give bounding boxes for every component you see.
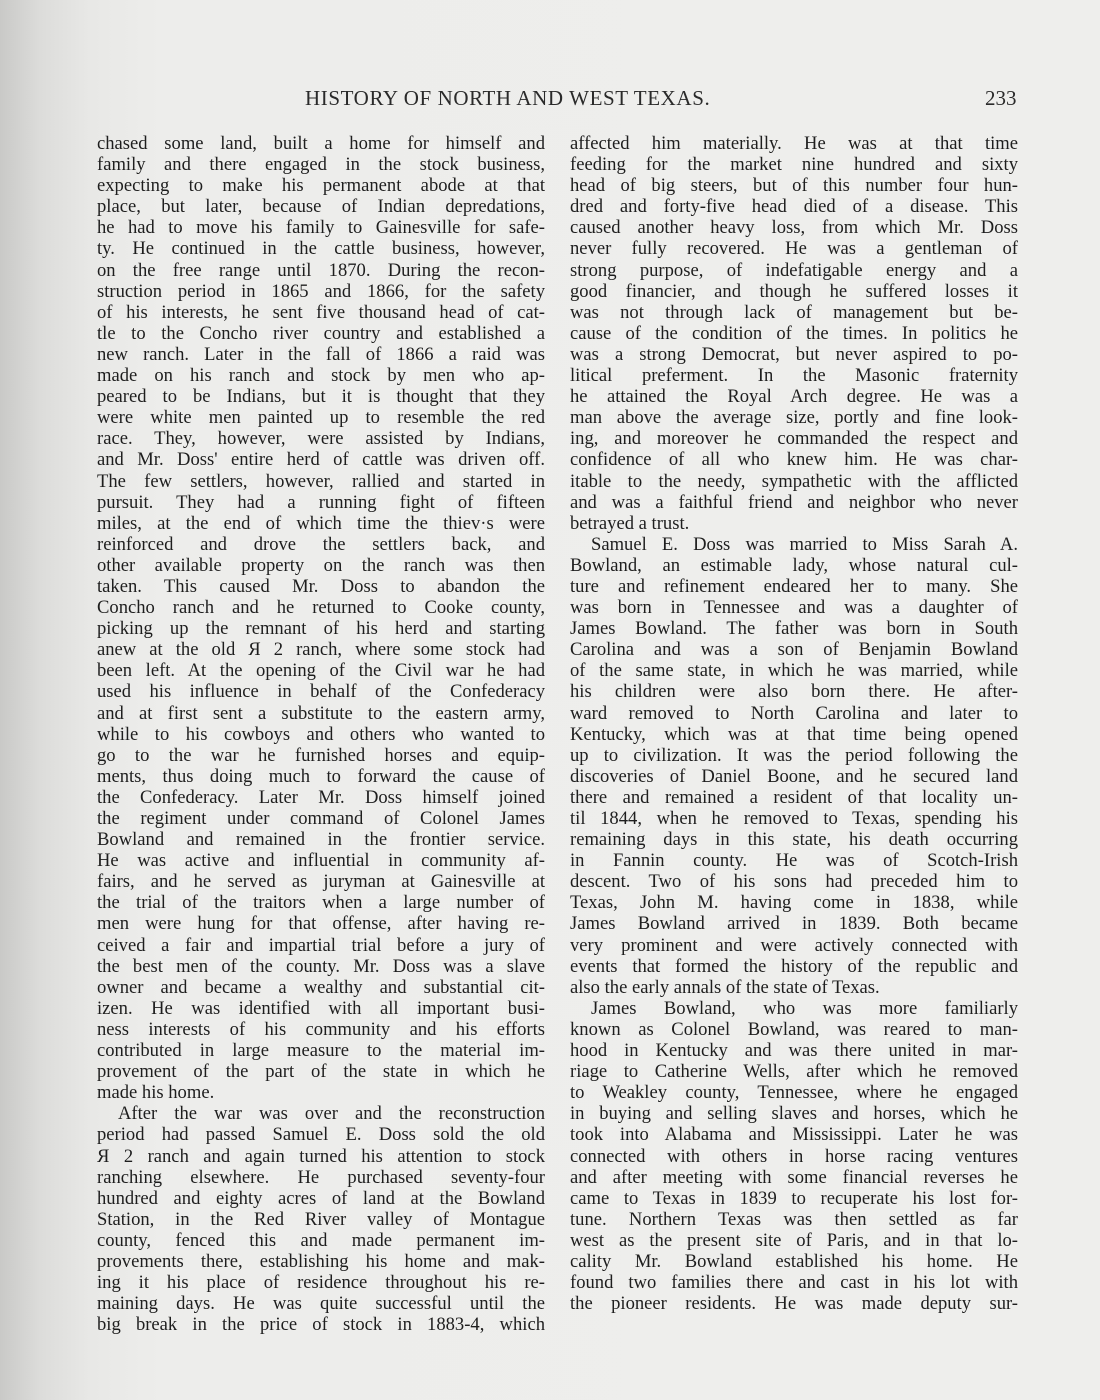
text-line: there and remained a resident of that lo… — [570, 787, 1018, 808]
text-line: the trial of the traitors when a large n… — [97, 892, 545, 913]
text-line: expecting to make his permanent abode at… — [97, 175, 545, 196]
text-line: the Confederacy. Later Mr. Doss himself … — [97, 787, 545, 808]
text-line: fairs, and he served as juryman at Gaine… — [97, 871, 545, 892]
text-line: connected with others in horse racing ve… — [570, 1146, 1018, 1167]
text-line: very prominent and were actively connect… — [570, 935, 1018, 956]
text-line: the regiment under command of Colonel Ja… — [97, 808, 545, 829]
text-line: he had to move his family to Gainesville… — [97, 217, 545, 238]
text-line: picking up the remnant of his herd and s… — [97, 618, 545, 639]
text-line: litical preferment. In the Masonic frate… — [570, 365, 1018, 386]
text-line: hood in Kentucky and was there united in… — [570, 1040, 1018, 1061]
text-line: been left. At the opening of the Civil w… — [97, 660, 545, 681]
text-line: men were hung for that offense, after ha… — [97, 913, 545, 934]
text-line: found two families there and cast in his… — [570, 1272, 1018, 1293]
text-line: were white men painted up to resemble th… — [97, 407, 545, 428]
text-line: chased some land, built a home for himse… — [97, 133, 545, 154]
paragraph-end-line: also the early annals of the state of Te… — [570, 977, 1018, 998]
text-line: provements there, establishing his home … — [97, 1251, 545, 1272]
text-line: in Fannin county. He was of Scotch-Irish — [570, 850, 1018, 871]
text-line: took into Alabama and Mississippi. Later… — [570, 1124, 1018, 1145]
paragraph-start-line: After the war was over and the reconstru… — [97, 1103, 545, 1124]
text-line: while to his cowboys and others who want… — [97, 724, 545, 745]
text-line: He was active and influential in communi… — [97, 850, 545, 871]
text-line: the best men of the county. Mr. Doss was… — [97, 956, 545, 977]
text-line: feeding for the market nine hundred and … — [570, 154, 1018, 175]
text-line: contributed in large measure to the mate… — [97, 1040, 545, 1061]
text-line: in buying and selling slaves and horses,… — [570, 1103, 1018, 1124]
text-line: new ranch. Later in the fall of 1866 a r… — [97, 344, 545, 365]
text-line: descent. Two of his sons had preceded hi… — [570, 871, 1018, 892]
text-line: of his interests, he sent five thousand … — [97, 302, 545, 323]
text-line: Station, in the Red River valley of Mont… — [97, 1209, 545, 1230]
text-line: itable to the needy, sympathetic with th… — [570, 471, 1018, 492]
text-line: Bowland and remained in the frontier ser… — [97, 829, 545, 850]
text-line: hundred and eighty acres of land at the … — [97, 1188, 545, 1209]
text-line: was a strong Democrat, but never aspired… — [570, 344, 1018, 365]
paragraph-start-line: Samuel E. Doss was married to Miss Sarah… — [570, 534, 1018, 555]
text-line: reinforced and drove the settlers back, … — [97, 534, 545, 555]
text-line: miles, at the end of which time the thie… — [97, 513, 545, 534]
right-column: affected him materially. He was at that … — [570, 133, 1018, 1314]
text-line: Texas, John M. having come in 1838, whil… — [570, 892, 1018, 913]
text-line: Concho ranch and he returned to Cooke co… — [97, 597, 545, 618]
text-line: was not through lack of management but b… — [570, 302, 1018, 323]
text-line: ward removed to North Carolina and later… — [570, 703, 1018, 724]
page-header: HISTORY OF NORTH AND WEST TEXAS. 233 — [0, 86, 1100, 116]
text-line: race. They, however, were assisted by In… — [97, 428, 545, 449]
paragraph-end-line: betrayed a trust. — [570, 513, 1018, 534]
text-line: owner and became a wealthy and substanti… — [97, 977, 545, 998]
text-line: cality Mr. Bowland established his home.… — [570, 1251, 1018, 1272]
text-line: affected him materially. He was at that … — [570, 133, 1018, 154]
text-line: made on his ranch and stock by men who a… — [97, 365, 545, 386]
text-line: tune. Northern Texas was then settled as… — [570, 1209, 1018, 1230]
text-line: cause of the condition of the times. In … — [570, 323, 1018, 344]
text-line: ceived a fair and impartial trial before… — [97, 935, 545, 956]
text-line: man above the average size, portly and f… — [570, 407, 1018, 428]
text-line: peared to be Indians, but it is thought … — [97, 386, 545, 407]
text-line: go to the war he furnished horses and eq… — [97, 745, 545, 766]
text-line: strong purpose, of indefatigable energy … — [570, 260, 1018, 281]
text-line: provement of the part of the state in wh… — [97, 1061, 545, 1082]
text-line: west as the present site of Paris, and i… — [570, 1230, 1018, 1251]
text-line: of the same state, in which he was marri… — [570, 660, 1018, 681]
text-line: anew at the old Я 2 ranch, where some st… — [97, 639, 545, 660]
text-line: period had passed Samuel E. Doss sold th… — [97, 1124, 545, 1145]
text-line: events that formed the history of the re… — [570, 956, 1018, 977]
text-line: remaining days in this state, his death … — [570, 829, 1018, 850]
text-line: riage to Catherine Wells, after which he… — [570, 1061, 1018, 1082]
text-line: used his influence in behalf of the Conf… — [97, 681, 545, 702]
text-line: other available property on the ranch wa… — [97, 555, 545, 576]
book-page: HISTORY OF NORTH AND WEST TEXAS. 233 cha… — [0, 0, 1100, 1400]
text-line: pursuit. They had a running fight of fif… — [97, 492, 545, 513]
text-line: Kentucky, which was at that time being o… — [570, 724, 1018, 745]
text-line: and Mr. Doss' entire herd of cattle was … — [97, 449, 545, 470]
left-column: chased some land, built a home for himse… — [97, 133, 545, 1335]
text-line: known as Colonel Bowland, was reared to … — [570, 1019, 1018, 1040]
text-line: the pioneer residents. He was made deput… — [570, 1293, 1018, 1314]
text-line: big break in the price of stock in 1883-… — [97, 1314, 545, 1335]
text-line: tle to the Concho river country and esta… — [97, 323, 545, 344]
text-line: to Weakley county, Tennessee, where he e… — [570, 1082, 1018, 1103]
text-line: place, but later, because of Indian depr… — [97, 196, 545, 217]
text-line: discoveries of Daniel Boone, and he secu… — [570, 766, 1018, 787]
text-line: family and there engaged in the stock bu… — [97, 154, 545, 175]
text-line: came to Texas in 1839 to recuperate his … — [570, 1188, 1018, 1209]
text-line: ing it his place of residence throughout… — [97, 1272, 545, 1293]
text-line: confidence of all who knew him. He was c… — [570, 449, 1018, 470]
text-line: ty. He continued in the cattle business,… — [97, 238, 545, 259]
text-line: and was a faithful friend and neighbor w… — [570, 492, 1018, 513]
text-line: The few settlers, however, rallied and s… — [97, 471, 545, 492]
paragraph-start-line: James Bowland, who was more familiarly — [570, 998, 1018, 1019]
text-line: ness interests of his community and his … — [97, 1019, 545, 1040]
page-number: 233 — [985, 86, 1017, 111]
text-line: Bowland, an estimable lady, whose natura… — [570, 555, 1018, 576]
text-line: til 1844, when he removed to Texas, spen… — [570, 808, 1018, 829]
text-line: and after meeting with some financial re… — [570, 1167, 1018, 1188]
text-line: he attained the Royal Arch degree. He wa… — [570, 386, 1018, 407]
text-line: izen. He was identified with all importa… — [97, 998, 545, 1019]
text-line: ing, and moreover he commanded the respe… — [570, 428, 1018, 449]
paragraph-end-line: made his home. — [97, 1082, 545, 1103]
text-line: county, fenced this and made permanent i… — [97, 1230, 545, 1251]
text-line: and at first sent a substitute to the ea… — [97, 703, 545, 724]
text-line: ranching elsewhere. He purchased seventy… — [97, 1167, 545, 1188]
text-line: up to civilization. It was the period fo… — [570, 745, 1018, 766]
running-head: HISTORY OF NORTH AND WEST TEXAS. — [305, 86, 710, 111]
text-line: struction period in 1865 and 1866, for t… — [97, 281, 545, 302]
text-line: was born in Tennessee and was a daughter… — [570, 597, 1018, 618]
text-line: taken. This caused Mr. Doss to abandon t… — [97, 576, 545, 597]
text-line: his children were also born there. He af… — [570, 681, 1018, 702]
text-line: good financier, and though he suffered l… — [570, 281, 1018, 302]
text-line: on the free range until 1870. During the… — [97, 260, 545, 281]
text-line: James Bowland arrived in 1839. Both beca… — [570, 913, 1018, 934]
text-line: head of big steers, but of this number f… — [570, 175, 1018, 196]
text-line: dred and forty-five head died of a disea… — [570, 196, 1018, 217]
text-line: ture and refinement endeared her to many… — [570, 576, 1018, 597]
text-line: Carolina and was a son of Benjamin Bowla… — [570, 639, 1018, 660]
text-line: ments, thus doing much to forward the ca… — [97, 766, 545, 787]
text-line: maining days. He was quite successful un… — [97, 1293, 545, 1314]
text-line: caused another heavy loss, from which Mr… — [570, 217, 1018, 238]
text-line: Я 2 ranch and again turned his attention… — [97, 1146, 545, 1167]
text-line: never fully recovered. He was a gentlema… — [570, 238, 1018, 259]
text-line: James Bowland. The father was born in So… — [570, 618, 1018, 639]
